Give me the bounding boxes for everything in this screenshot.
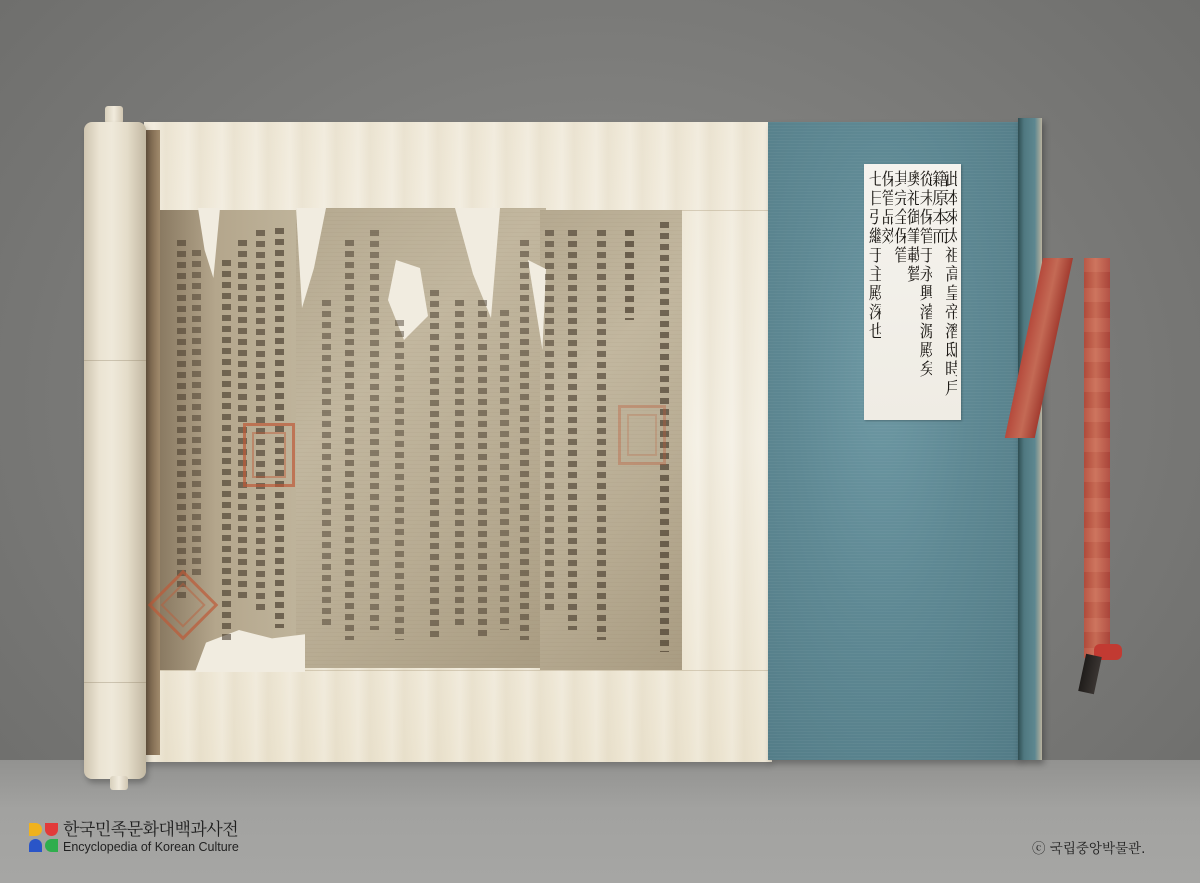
- text-column: [568, 230, 577, 630]
- label-text-column: 其完全保管: [893, 170, 906, 414]
- red-seal-stamp: [243, 423, 295, 487]
- encyclopedia-logo: 한국민족문화대백과사전 Encyclopedia of Korean Cultu…: [29, 822, 239, 854]
- copyright-notice: ⓒ 국립중앙박물관.: [1032, 837, 1145, 857]
- text-column: [192, 250, 201, 580]
- text-column: [625, 230, 634, 320]
- text-column: [177, 240, 186, 600]
- scroll-artifact: 此本來太祖高皇帝潛邸時戶籍原本而 從未保管于永興濬源殿矣 奧祀御筆載贊 其完全保…: [0, 0, 1200, 883]
- red-seal-stamp: [618, 405, 666, 465]
- text-column: [478, 300, 487, 640]
- text-column: [500, 310, 509, 630]
- text-column: [395, 320, 404, 640]
- text-column: [455, 300, 464, 630]
- text-column: [597, 230, 606, 640]
- text-column: [238, 240, 247, 600]
- text-column: [545, 230, 554, 610]
- text-column: [222, 260, 231, 640]
- text-column: [345, 240, 354, 640]
- label-text-column: 保管品效: [881, 170, 894, 414]
- red-ribbon: [1084, 258, 1110, 658]
- text-column: [256, 230, 265, 610]
- roller-cap-bottom: [110, 776, 128, 790]
- cover-spine: [1018, 118, 1042, 760]
- text-column: [322, 300, 331, 630]
- label-text-column: 七日引繼于主殿深也: [868, 170, 881, 414]
- text-column: [370, 230, 379, 630]
- brand-name-english: Encyclopedia of Korean Culture: [63, 841, 239, 854]
- label-text-column: 此本來太祖高皇帝潛邸時戶籍原本而: [932, 170, 957, 414]
- title-label-slip: 此本來太祖高皇帝潛邸時戶籍原本而 從未保管于永興濬源殿矣 奧祀御筆載贊 其完全保…: [864, 164, 961, 420]
- roller-seam: [84, 360, 146, 361]
- label-text-column: 從未保管于永興濬源殿矣: [919, 170, 932, 414]
- ribbon-toggle-tip: [1078, 654, 1102, 694]
- roller-seam: [84, 682, 146, 683]
- text-column: [430, 290, 439, 640]
- silk-dark-edge: [144, 130, 160, 755]
- scroll-roller: [84, 122, 146, 779]
- encyclopedia-logo-icon: [29, 823, 59, 853]
- label-text-column: 奧祀御筆載贊: [906, 170, 919, 414]
- brand-name-korean: 한국민족문화대백과사전: [63, 822, 239, 839]
- text-column: [520, 240, 529, 640]
